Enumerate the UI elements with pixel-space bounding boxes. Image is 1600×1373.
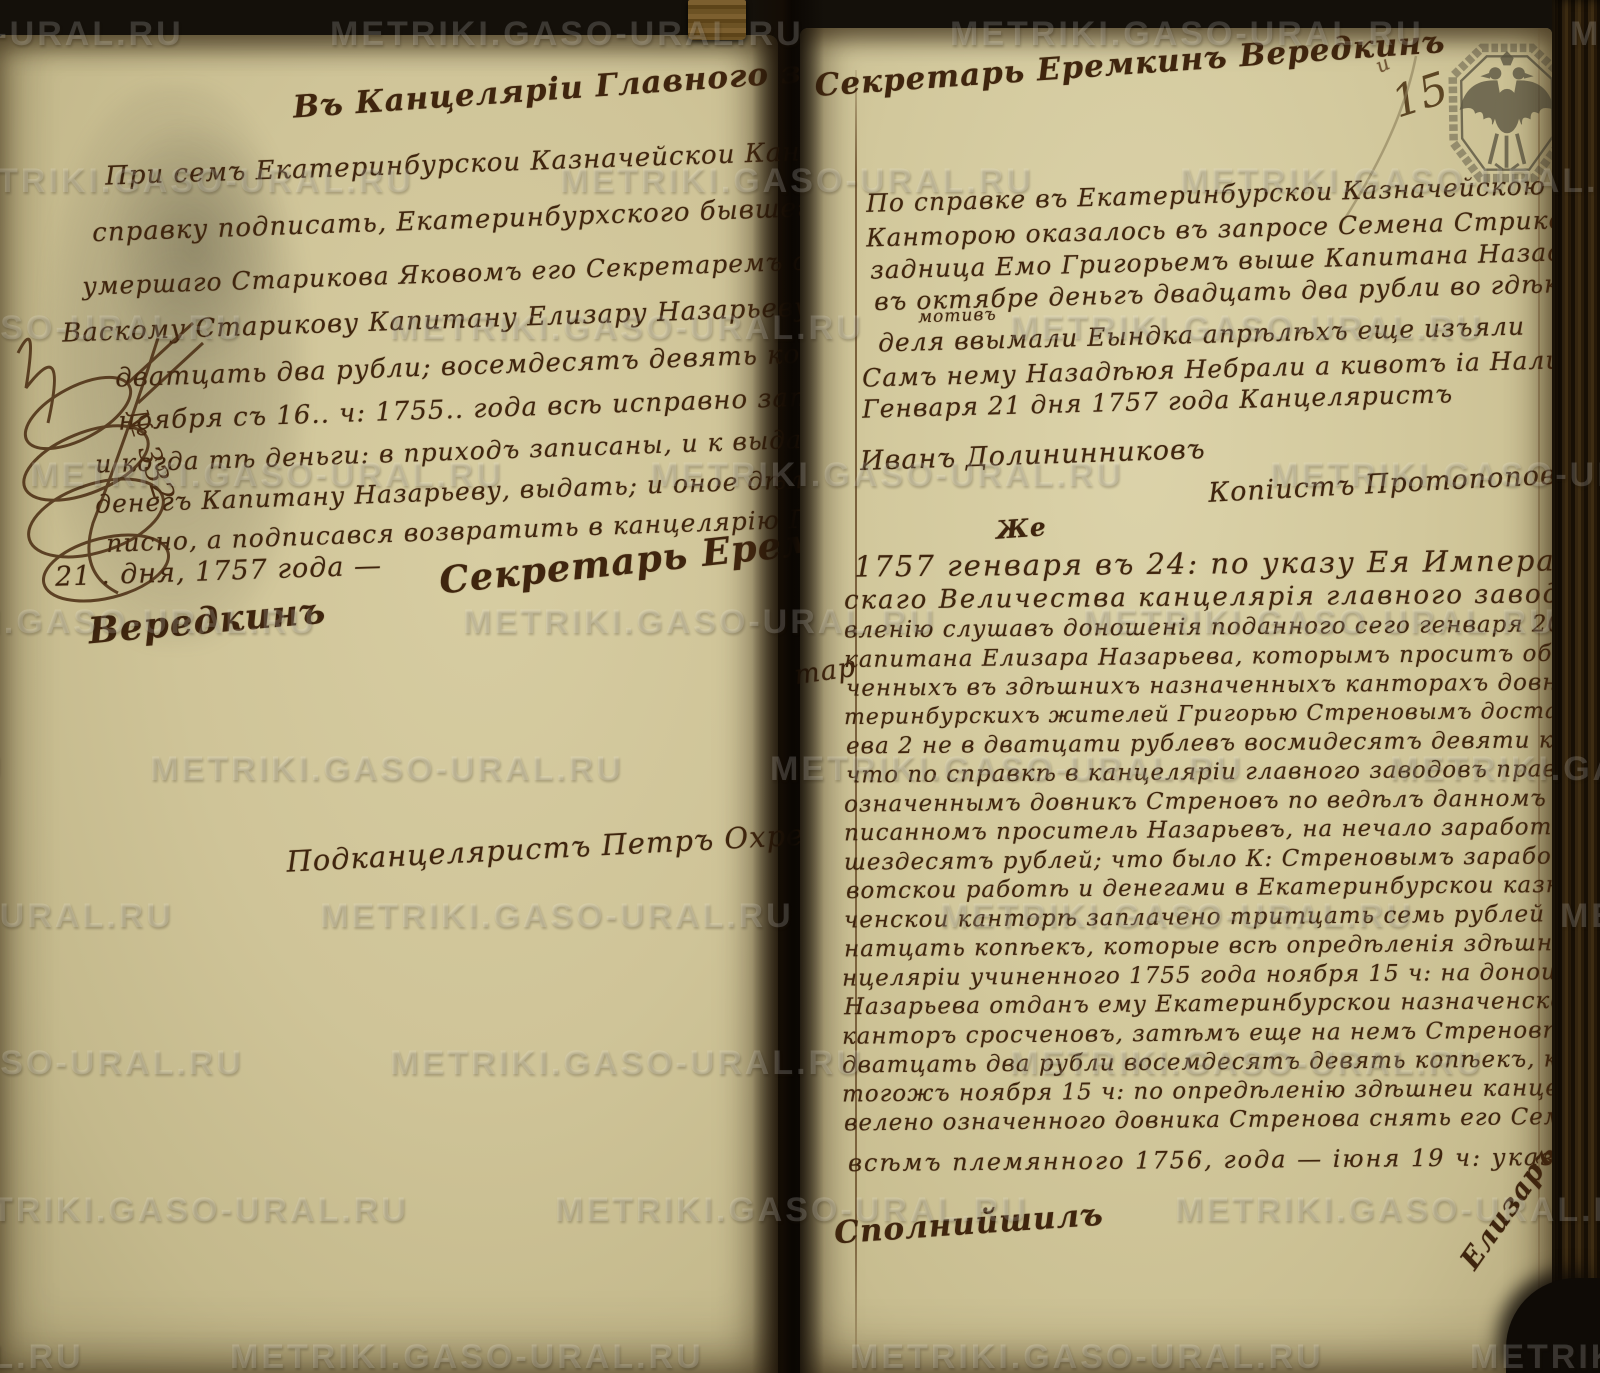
handwritten-line: ева 2 не в дватцати рублевъ восмидесятъ …	[846, 726, 1600, 759]
handwritten-line: капитана Елизара Назарьева, которымъ про…	[844, 639, 1600, 673]
handwritten-line: вотскои работѣ и денегами в Екатеринбурс…	[846, 872, 1577, 904]
handwritten-line: шездесятъ рублей; что было К: Стреновымъ…	[844, 842, 1600, 875]
copyist-signature: Копiистъ Протопоповъ,	[1207, 458, 1586, 509]
handwritten-line: дватцать два рубли восемдесятъ девять ко…	[842, 1045, 1600, 1078]
handwritten-line: канторъ сросченовъ, затѣмъ еще на немъ С…	[842, 1016, 1600, 1049]
handwritten-line: ченныхъ въ здѣшнихъ назначенныхъ кантора…	[846, 668, 1600, 702]
right-page: Секретарь Еремкинъ Вередкинъ 15 и тар	[800, 28, 1552, 1373]
handwritten-line: При семъ Екатеринбурскои Казначейскои Ка…	[105, 134, 885, 191]
margin-flourish: № 332	[8, 293, 233, 633]
section-mark: Же	[995, 512, 1048, 544]
handwritten-line: что по справкѣ в канцелярiи главного зав…	[846, 756, 1600, 789]
handwritten-line: тогожъ ноября 15 ч: по опредѣленiю здѣшн…	[842, 1075, 1600, 1108]
handwritten-line: писанномъ проситель Назарьевъ, на нечало…	[844, 814, 1600, 847]
interline-note: мотивъ	[918, 305, 997, 328]
handwritten-line: вленiю слушавъ доношенiя поданного сего …	[844, 610, 1600, 643]
archival-manuscript-scan: Въ Канцелярiи Главного заводу правленiя …	[0, 0, 1600, 1373]
double-headed-eagle-stamp-icon	[1448, 38, 1566, 188]
handwritten-line: ченскои канторѣ заплачено тритцать семь …	[844, 901, 1600, 934]
bottom-left-signature: Сполнийшилъ	[833, 1197, 1105, 1252]
clerk-name-signature: Иванъ Долининниковъ	[860, 434, 1207, 477]
handwritten-line: натцать копѣекъ, которые всѣ опредѣленiя…	[844, 930, 1600, 963]
handwritten-line: Назарьева отданъ ему Екатеринбурскои наз…	[844, 988, 1581, 1020]
left-page: Въ Канцелярiи Главного заводу правленiя …	[0, 35, 778, 1373]
bookmark-tab	[688, 0, 746, 40]
handwritten-line: скаго Величества канцелярiя главного зав…	[844, 578, 1600, 615]
book-fore-edge	[1552, 0, 1600, 1296]
margin-number: № 332	[118, 403, 181, 506]
handwritten-line: означеннымъ довникъ Стреновъ по ведѣлъ д…	[844, 784, 1600, 817]
handwritten-line: всѣмъ племянного 1756, года — iюня 19 ч:…	[848, 1143, 1572, 1177]
handwritten-line: нцелярiи учиненного 1755 года ноября 15 …	[842, 958, 1600, 991]
handwritten-line: велено означенного довника Стренова снят…	[844, 1104, 1600, 1137]
handwritten-line: теринбурскихъ жителей Григорью Стреновым…	[844, 697, 1600, 730]
handwritten-line: 1757 генваря въ 24: по указу Ея Императо…	[854, 542, 1600, 583]
